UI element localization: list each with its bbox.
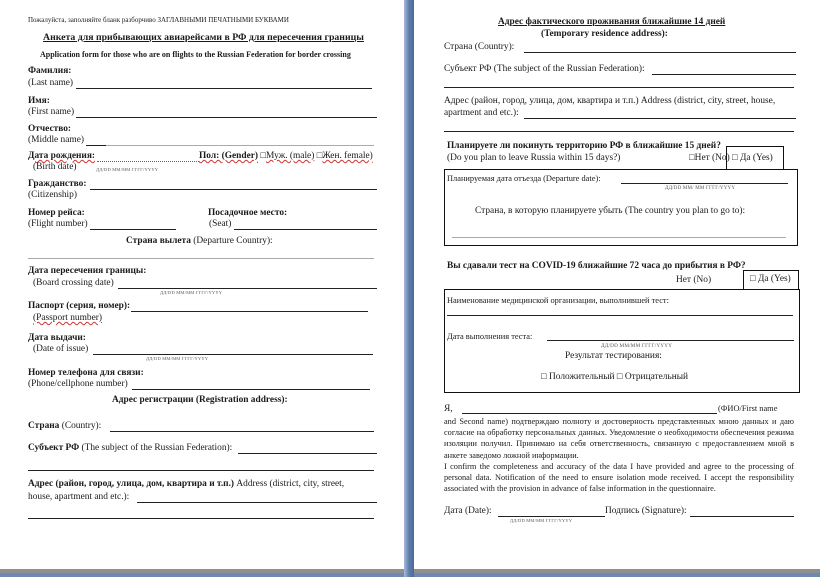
medical-org-label: Наименование медицинской организации, вы… [447, 296, 669, 305]
temp-subject-field[interactable] [652, 74, 796, 75]
covid-yes-option[interactable]: □ Да (Yes) [750, 274, 791, 284]
reg-subject-field[interactable] [238, 453, 377, 454]
border-crossing-format-hint: ДД/DD MM/MM ГГГГ/YYYY [160, 290, 222, 295]
temp-address-field-2[interactable] [444, 131, 794, 132]
temp-subject-label: Субъект РФ (The subject of the Russian F… [444, 64, 645, 74]
negative-label: Отрицательный [625, 372, 688, 382]
test-date-label: Дата выполнения теста: [447, 332, 532, 341]
reg-address-field-2[interactable] [28, 518, 374, 519]
signature-label: Подпись (Signature): [605, 506, 687, 516]
reg-address-field[interactable] [137, 502, 377, 503]
consent-text-en: I confirm the completeness and accuracy … [444, 461, 794, 495]
temp-residence-heading-ru: Адрес фактического проживания ближайшие … [498, 17, 725, 27]
departure-country-field[interactable] [28, 258, 374, 259]
gender-male-label: Муж. (male) [266, 151, 314, 161]
phone-field[interactable] [132, 389, 370, 390]
issue-date-format-hint: ДД/DD MM/MM ГГГГ/YYYY [146, 356, 208, 361]
date-label: Дата (Date): [444, 506, 492, 516]
reg-country-label-ru: Страна [28, 421, 59, 431]
birth-date-label-en: (Birth date) [33, 162, 76, 172]
test-date-field[interactable] [547, 340, 794, 341]
middle-name-field-solid[interactable] [86, 145, 106, 146]
medical-org-field[interactable] [447, 315, 793, 316]
issue-date-label-en: (Date of issue) [33, 344, 88, 354]
leave-question-en: (Do you plan to leave Russia within 15 d… [447, 153, 620, 163]
consent-text-ru: and Second name) подтверждаю полноту и д… [444, 416, 794, 461]
reg-country-field[interactable] [110, 431, 374, 432]
temp-address-field[interactable] [524, 118, 796, 119]
border-crossing-label-en: (Board crossing date) [33, 278, 114, 288]
date-field[interactable] [498, 516, 605, 517]
birth-date-label-text: Дата рождения: [28, 151, 95, 161]
citizenship-field[interactable] [90, 189, 377, 190]
departure-date-label: Планируемая дата отъезда (Departure date… [447, 174, 601, 183]
form-title-en: Application form for those who are on fl… [40, 50, 351, 59]
passport-label-en: (Passport number) [33, 313, 102, 323]
page-right: Адрес фактического проживания ближайшие … [414, 0, 820, 573]
birth-date-field[interactable] [97, 161, 199, 162]
citizenship-label-ru: Гражданство: [28, 179, 86, 189]
passport-label-ru: Паспорт (серия, номер): [28, 301, 130, 311]
border-crossing-field[interactable] [118, 288, 377, 289]
reg-country-label: Страна (Country): [28, 421, 101, 431]
citizenship-label-en: (Citizenship) [28, 190, 77, 200]
first-name-label-en: (First name) [28, 107, 74, 117]
issue-date-field[interactable] [93, 354, 373, 355]
seat-label-en: (Seat) [209, 219, 231, 229]
departure-date-field[interactable] [621, 183, 788, 184]
departure-date-format-hint: ДД/DD MM/ MM ГГГГ/YYYY [665, 186, 735, 191]
date-format-hint: ДД/DD MM/MM ГГГГ/YYYY [510, 518, 572, 523]
leave-yes-checkbox[interactable]: □ [732, 153, 738, 163]
page-shadow [0, 569, 404, 573]
leave-no-label: Нет (No) [695, 153, 730, 163]
leave-yes-option[interactable]: □ Да (Yes) [732, 153, 773, 163]
departure-country-label-en: (Departure Country): [193, 236, 272, 246]
reg-address-label-en-1: Address (district, city, street, [236, 479, 344, 489]
temp-subject-field-2[interactable] [444, 87, 794, 88]
middle-name-label-en: (Middle name) [28, 135, 84, 145]
signature-field[interactable] [690, 516, 794, 517]
covid-question: Вы сдавали тест на COVID-19 ближайшие 72… [447, 261, 746, 271]
birth-date-label-ru: Дата рождения: [28, 151, 95, 161]
temp-residence-heading-en: (Temporary residence address): [541, 29, 668, 39]
covid-yes-label: Да (Yes) [758, 274, 791, 284]
last-name-label-en: (Last name) [28, 78, 73, 88]
negative-checkbox[interactable]: □ [617, 372, 623, 382]
leave-yes-label: Да (Yes) [740, 153, 773, 163]
reg-address-label-1: Адрес (район, город, улица, дом, квартир… [28, 479, 344, 489]
last-name-label-ru: Фамилия: [28, 66, 71, 76]
destination-field[interactable] [452, 237, 786, 238]
departure-country-label: Страна вылета (Departure Country): [126, 236, 273, 246]
instruction-text: Пожалуйста, заполняйте бланк разборчиво … [28, 16, 289, 24]
page-shadow [414, 569, 820, 573]
middle-name-label-ru: Отчество: [28, 124, 71, 134]
flight-number-label-en: (Flight number) [28, 219, 88, 229]
reg-subject-label-ru: Субъект РФ [28, 443, 79, 453]
test-result-label: Результат тестирования: [565, 351, 662, 361]
reg-subject-label: Субъект РФ (The subject of the Russian F… [28, 443, 232, 453]
first-name-field[interactable] [76, 117, 377, 118]
flight-number-field[interactable] [90, 229, 176, 230]
page-left: Пожалуйста, заполняйте бланк разборчиво … [0, 0, 404, 573]
positive-checkbox[interactable]: □ [541, 372, 547, 382]
departure-country-label-ru: Страна вылета [126, 236, 191, 246]
gender-female-label: Жен. female) [322, 151, 372, 161]
reg-subject-label-en: (The subject of the Russian Federation): [82, 443, 233, 453]
reg-subject-field-2[interactable] [28, 470, 374, 471]
phone-label-ru: Номер телефона для связи: [28, 368, 144, 378]
temp-address-label-2: apartment and etc.): [444, 108, 519, 118]
leave-question-ru: Планируете ли покинуть территорию РФ в б… [447, 141, 721, 151]
covid-yes-checkbox[interactable]: □ [750, 274, 756, 284]
phone-label-en: (Phone/cellphone number) [28, 379, 128, 389]
test-result-options: □ Положительный □ Отрицательный [541, 372, 688, 382]
seat-label-ru: Посадочное место: [208, 208, 287, 218]
first-name-label-ru: Имя: [28, 96, 50, 106]
positive-label: Положительный [549, 372, 615, 382]
reg-address-label-ru: Адрес (район, город, улица, дом, квартир… [28, 479, 234, 489]
issue-date-label-ru: Дата выдачи: [28, 333, 86, 343]
border-crossing-label-ru: Дата пересечения границы: [28, 266, 146, 276]
gender-group: Пол: (Gender) □Муж. (male) □Жен. female) [199, 151, 373, 161]
temp-address-label-1: Адрес (район, город, улица, дом, квартир… [444, 96, 775, 106]
gender-label: Пол: (Gender) [199, 151, 258, 161]
destination-label: Страна, в которую планируете убыть (The … [475, 206, 745, 216]
reg-address-label-en-2: house, apartment and etc.): [28, 492, 129, 502]
seat-field[interactable] [234, 229, 377, 230]
form-title-ru: Анкета для прибывающих авиарейсами в РФ … [43, 32, 364, 43]
consent-prefix: Я, [444, 404, 453, 414]
passport-label-en-text: (Passport number) [33, 313, 102, 323]
temp-country-label: Страна (Country): [444, 42, 514, 52]
covid-no-label: Нет (No) [676, 275, 711, 285]
page-divider [404, 0, 414, 577]
last-name-field[interactable] [76, 88, 372, 89]
reg-country-label-en: (Country): [62, 421, 102, 431]
flight-number-label-ru: Номер рейса: [28, 208, 85, 218]
registration-heading: Адрес регистрации (Registration address)… [112, 395, 288, 405]
temp-country-field[interactable] [524, 52, 796, 53]
test-date-format-hint: ДД/DD MM/MM ГГГГ/YYYY [601, 343, 672, 349]
passport-field[interactable] [131, 311, 368, 312]
middle-name-field[interactable] [106, 145, 374, 146]
leave-no-option[interactable]: □Нет (No) [689, 153, 730, 163]
birth-date-format-hint: ДД/DD MM/MM ГГГГ/YYYY [96, 167, 158, 172]
consent-suffix: (ФИО/First name [718, 404, 777, 413]
full-name-field[interactable] [462, 413, 717, 414]
covid-no-text[interactable]: Нет (No) [676, 275, 711, 285]
